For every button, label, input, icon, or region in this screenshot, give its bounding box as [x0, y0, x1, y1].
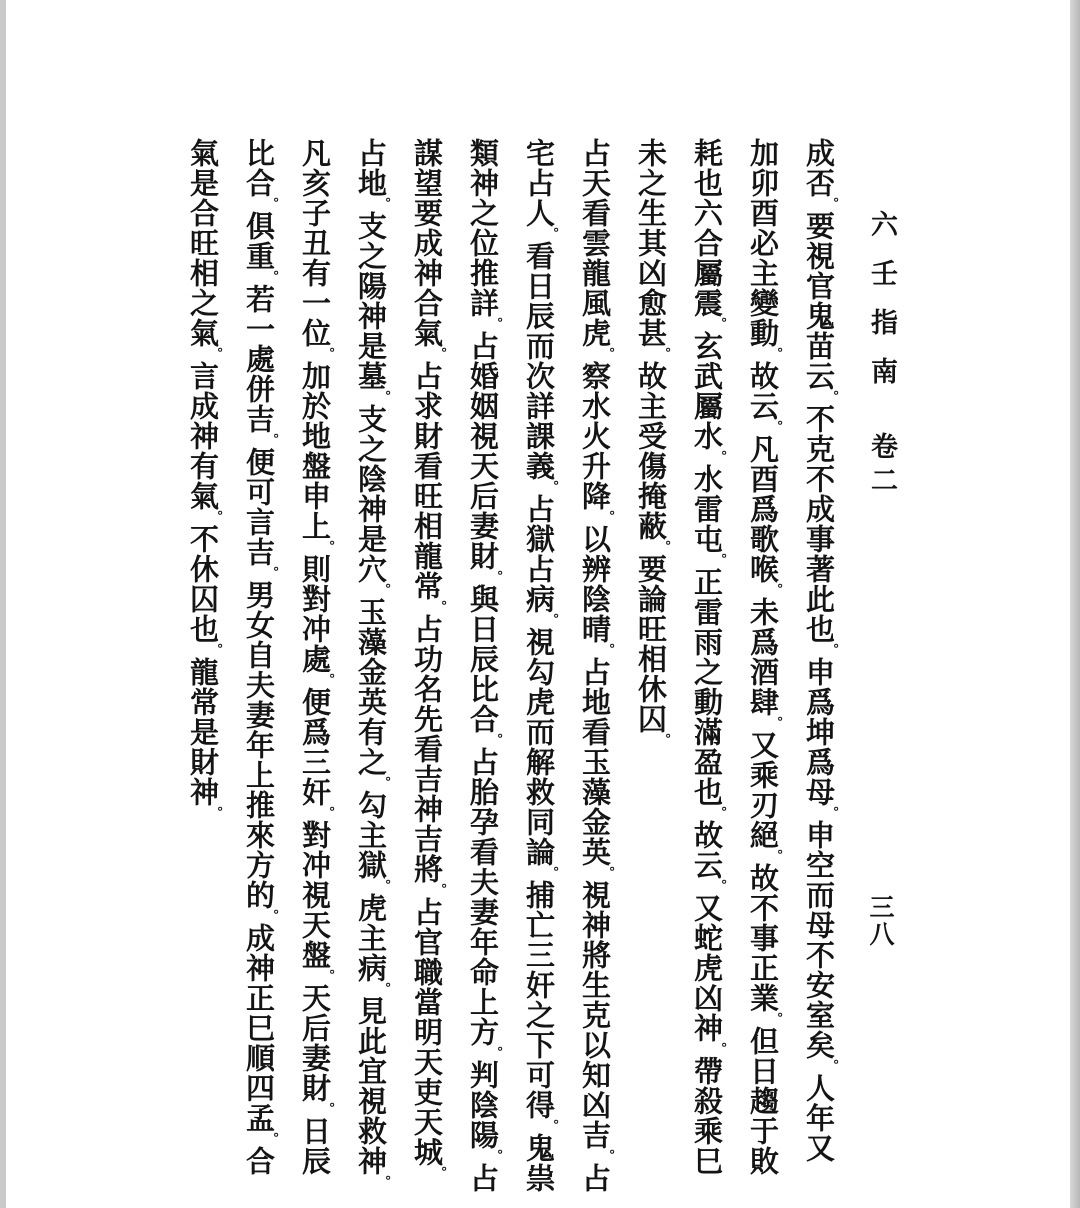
reading-circle: 。	[599, 1149, 614, 1162]
reading-circle: 。	[767, 583, 782, 596]
reading-circle: 。	[375, 1175, 390, 1188]
text-column: 占地。支之陽神是墓。支之陰神是穴。玉藻金英有之。勾主獄。虎主病。見此宜視救神。	[343, 138, 399, 1190]
reading-circle: 。	[823, 197, 838, 210]
reading-circle: 。	[655, 540, 670, 553]
reading-circle: 。	[599, 866, 614, 879]
reading-circle: 。	[319, 806, 334, 819]
reading-circle: 。	[263, 270, 278, 283]
reading-circle: 。	[767, 1012, 782, 1025]
reading-circle: 。	[599, 347, 614, 360]
reading-circle: 。	[823, 1059, 838, 1072]
text-column: 類神之位推詳。占婚姻視天后妻財。與日辰比合。占胎孕看夫妻年命上方。判陰陽。占	[455, 138, 511, 1190]
reading-circle: 。	[263, 433, 278, 446]
text-column: 未之生其凶愈甚。故主受傷掩蔽。要論旺相休囚。	[623, 138, 679, 1190]
reading-circle: 。	[375, 776, 390, 789]
reading-circle: 。	[711, 879, 726, 892]
reading-circle: 。	[375, 197, 390, 210]
text-column: 加卯酉必主變動。故云。凡酉爲歌喉。未爲酒肆。又乘刃絕。故不事正業。但日趨于敗	[735, 138, 791, 1190]
reading-circle: 。	[823, 806, 838, 819]
reading-circle: 。	[487, 733, 502, 746]
scan-edge-left	[0, 0, 6, 1208]
reading-circle: 。	[823, 390, 838, 403]
reading-circle: 。	[207, 643, 222, 656]
text-column: 謀望要成神合氣。占求財看旺相龍常。占功名先看吉神吉將。占官職當明天吏天城。	[399, 138, 455, 1190]
reading-circle: 。	[263, 909, 278, 922]
reading-circle: 。	[487, 1046, 502, 1059]
running-title-column: 六壬指南卷二三八	[847, 138, 915, 1190]
reading-circle: 。	[711, 450, 726, 463]
reading-circle: 。	[711, 1042, 726, 1055]
reading-circle: 。	[543, 866, 558, 879]
reading-circle: 。	[319, 673, 334, 686]
text-column: 成否。要視官鬼苗云。不克不成事著此也。申爲坤爲母。申空而母不安室矣。人年又	[791, 138, 847, 1190]
reading-circle: 。	[319, 1102, 334, 1115]
text-column: 宅占人。看日辰而次詳課義。占獄占病。視勾虎而解救同論。捕亡三奸之下可得。鬼祟	[511, 138, 567, 1190]
reading-circle: 。	[543, 480, 558, 493]
text-column: 占天看雲龍風虎。察水火升降。以辨陰晴。占地看玉藻金英。視神將生克以知凶吉。占	[567, 138, 623, 1190]
reading-circle: 。	[319, 969, 334, 982]
reading-circle: 。	[823, 643, 838, 656]
reading-circle: 。	[767, 420, 782, 433]
text-column: 氣是合旺相之氣。言成神有氣。不休囚也。龍常是財神。	[175, 138, 231, 1190]
reading-circle: 。	[375, 982, 390, 995]
reading-circle: 。	[263, 1132, 278, 1145]
reading-circle: 。	[431, 1166, 446, 1179]
reading-circle: 。	[207, 347, 222, 360]
reading-circle: 。	[711, 553, 726, 566]
reading-circle: 。	[207, 806, 222, 819]
reading-circle: 。	[431, 600, 446, 613]
reading-circle: 。	[487, 317, 502, 330]
reading-circle: 。	[655, 347, 670, 360]
reading-circle: 。	[431, 883, 446, 896]
reading-circle: 。	[375, 583, 390, 596]
reading-circle: 。	[711, 317, 726, 330]
page-number: 三八	[867, 894, 893, 948]
reading-circle: 。	[767, 347, 782, 360]
text-column: 凡亥子丑有一位。加於地盤申上。則對冲處。便爲三奸。對冲視天盤。天后妻財。日辰	[287, 138, 343, 1190]
reading-circle: 。	[543, 1119, 558, 1132]
reading-circle: 。	[543, 613, 558, 626]
reading-circle: 。	[543, 227, 558, 240]
reading-circle: 。	[319, 347, 334, 360]
reading-circle: 。	[431, 347, 446, 360]
reading-circle: 。	[487, 570, 502, 583]
reading-circle: 。	[767, 849, 782, 862]
reading-circle: 。	[767, 716, 782, 729]
reading-circle: 。	[599, 510, 614, 523]
reading-circle: 。	[375, 390, 390, 403]
reading-circle: 。	[263, 197, 278, 210]
reading-circle: 。	[319, 540, 334, 553]
scan-edge-right	[1070, 0, 1080, 1208]
reading-circle: 。	[375, 879, 390, 892]
book-title: 六壬指南	[866, 210, 897, 406]
reading-circle: 。	[711, 806, 726, 819]
reading-circle: 。	[263, 566, 278, 579]
page-text-block: 六壬指南卷二三八 成否。要視官鬼苗云。不克不成事著此也。申爲坤爲母。申空而母不安…	[170, 138, 915, 1190]
reading-circle: 。	[655, 733, 670, 746]
text-column: 比合。俱重。若一處併吉。便可言吉。男女自夫妻年上推來方的。成神正巳順四孟。合	[231, 138, 287, 1190]
reading-circle: 。	[207, 510, 222, 523]
scanned-book-page: { "page": { "title": "六壬指南", "volume": "…	[0, 0, 1080, 1208]
volume-label: 卷二	[866, 432, 897, 500]
reading-circle: 。	[487, 1149, 502, 1162]
reading-circle: 。	[599, 643, 614, 656]
text-column: 耗也六合屬震。玄武屬水。水雷屯。正雷雨之動滿盈也。故云。又蛇虎凶神。帶殺乘巳	[679, 138, 735, 1190]
